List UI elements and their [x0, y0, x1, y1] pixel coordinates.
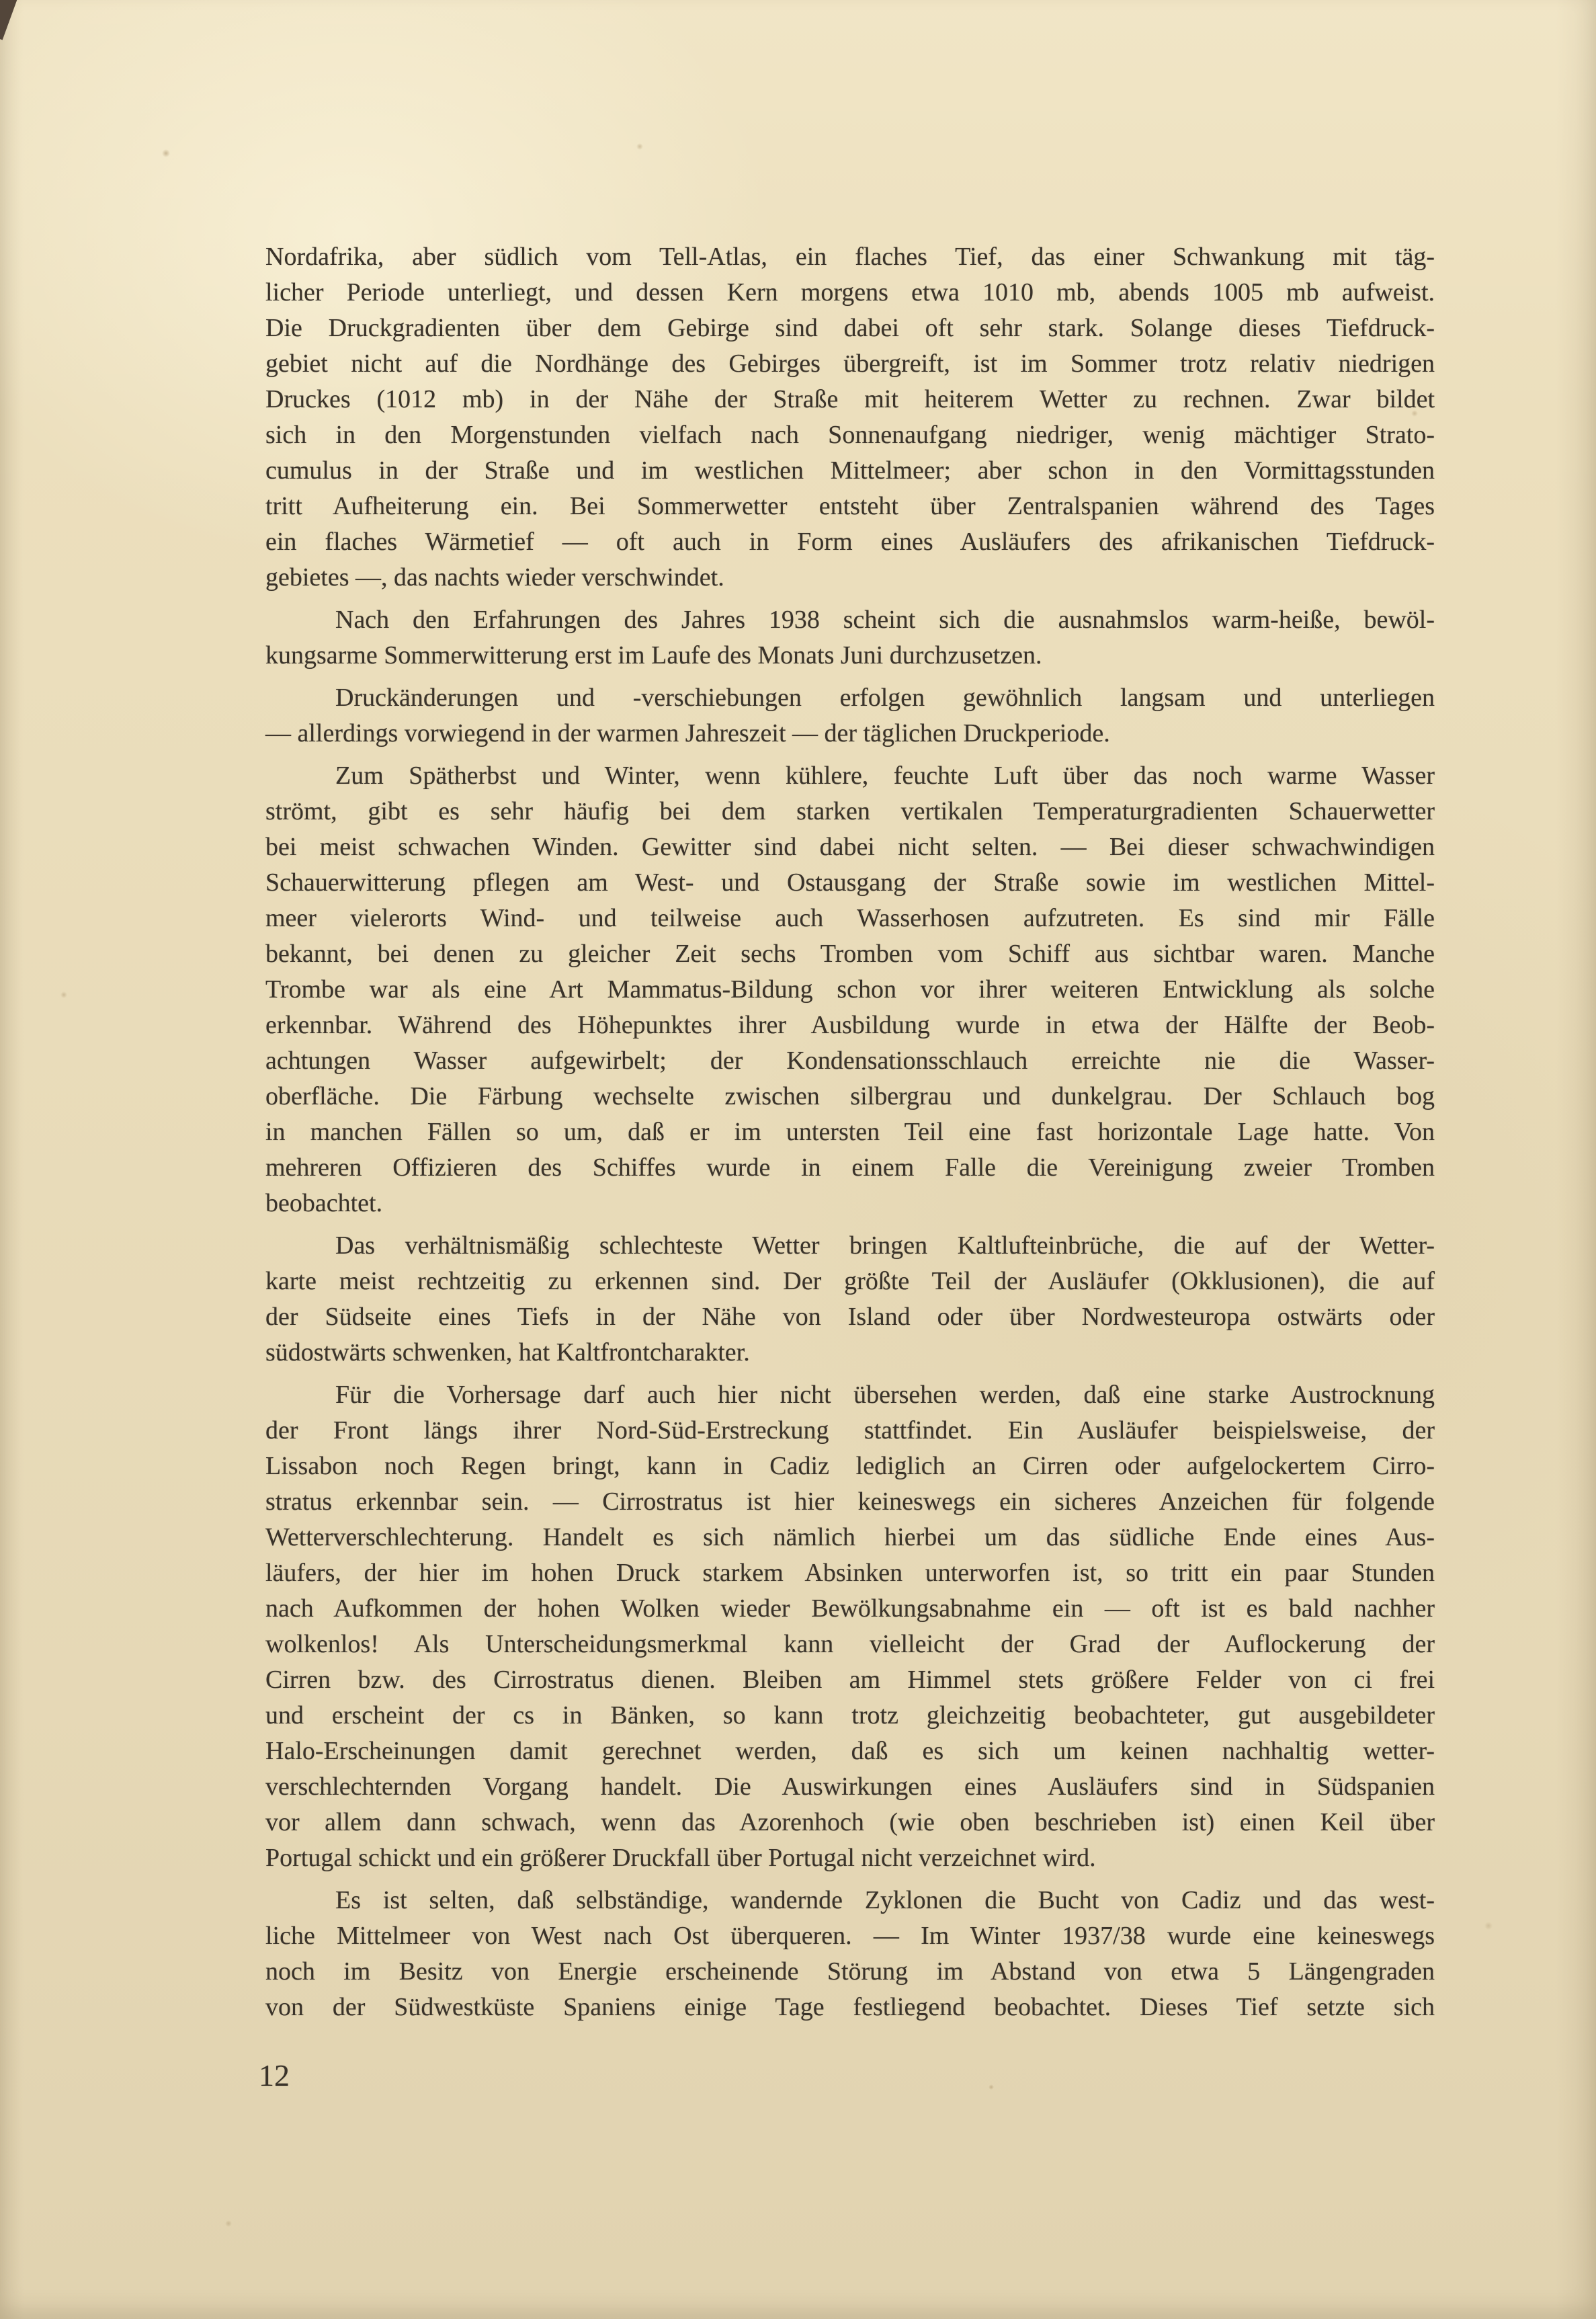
text-line: der Südseite eines Tiefs in der Nähe von… [265, 1299, 1435, 1335]
text-line: Halo-Erscheinungen damit gerechnet werde… [265, 1734, 1435, 1769]
text-line: in manchen Fällen so um, daß er im unter… [265, 1114, 1435, 1150]
text-line: Nach den Erfahrungen des Jahres 1938 sch… [265, 602, 1435, 638]
paragraph: Nordafrika, aber südlich vom Tell-Atlas,… [265, 239, 1435, 596]
text-line: meer vielerorts Wind- und teilweise auch… [265, 901, 1435, 936]
text-line: Druckänderungen und -verschiebungen erfo… [265, 680, 1435, 716]
text-line: Die Druckgradienten über dem Gebirge sin… [265, 311, 1435, 346]
text-line: — allerdings vorwiegend in der warmen Ja… [265, 716, 1435, 751]
text-line: erkennbar. Während des Höhepunktes ihrer… [265, 1008, 1435, 1043]
scan-corner-artifact [0, 0, 20, 40]
text-line: vor allem dann schwach, wenn das Azorenh… [265, 1805, 1435, 1840]
text-line: beobachtet. [265, 1186, 1435, 1221]
text-line: karte meist rechtzeitig zu erkennen sind… [265, 1264, 1435, 1299]
text-line: oberfläche. Die Färbung wechselte zwisch… [265, 1079, 1435, 1114]
scanned-book-page: Nordafrika, aber südlich vom Tell-Atlas,… [0, 0, 1596, 2319]
text-line: Für die Vorhersage darf auch hier nicht … [265, 1377, 1435, 1413]
text-line: stratus erkennbar sein. — Cirrostratus i… [265, 1484, 1435, 1520]
text-line: Wetterverschlechterung. Handelt es sich … [265, 1520, 1435, 1555]
text-line: licher Periode unterliegt, und dessen Ke… [265, 275, 1435, 311]
paragraph: Es ist selten, daß selbständige, wandern… [265, 1883, 1435, 2025]
text-line: wolkenlos! Als Unterscheidungsmerkmal ka… [265, 1627, 1435, 1662]
text-line: sich in den Morgenstunden vielfach nach … [265, 417, 1435, 453]
page-number: 12 [259, 2058, 290, 2093]
text-line: cumulus in der Straße und im westlichen … [265, 453, 1435, 489]
paragraph: Nach den Erfahrungen des Jahres 1938 sch… [265, 602, 1435, 674]
text-line: Portugal schickt und ein größerer Druckf… [265, 1840, 1435, 1876]
text-line: Druckes (1012 mb) in der Nähe der Straße… [265, 382, 1435, 417]
text-line: Zum Spätherbst und Winter, wenn kühlere,… [265, 758, 1435, 794]
text-line: verschlechternden Vorgang handelt. Die A… [265, 1769, 1435, 1805]
text-line: strömt, gibt es sehr häufig bei dem star… [265, 794, 1435, 829]
text-line: Es ist selten, daß selbständige, wandern… [265, 1883, 1435, 1918]
paragraph: Für die Vorhersage darf auch hier nicht … [265, 1377, 1435, 1876]
text-line: Nordafrika, aber südlich vom Tell-Atlas,… [265, 239, 1435, 275]
text-line: tritt Aufheiterung ein. Bei Sommerwetter… [265, 489, 1435, 524]
text-line: ein flaches Wärmetief — oft auch in Form… [265, 524, 1435, 560]
text-line: Trombe war als eine Art Mammatus-Bildung… [265, 972, 1435, 1008]
paragraph: Das verhältnismäßig schlechteste Wetter … [265, 1228, 1435, 1371]
text-line: Lissabon noch Regen bringt, kann in Cadi… [265, 1449, 1435, 1484]
text-line: achtungen Wasser aufgewirbelt; der Konde… [265, 1043, 1435, 1079]
text-line: liche Mittelmeer von West nach Ost überq… [265, 1918, 1435, 1954]
text-line: gebiet nicht auf die Nordhänge des Gebir… [265, 346, 1435, 382]
text-line: gebietes —, das nachts wieder verschwind… [265, 560, 1435, 596]
text-line: von der Südwestküste Spaniens einige Tag… [265, 1990, 1435, 2025]
text-line: bekannt, bei denen zu gleicher Zeit sech… [265, 936, 1435, 972]
text-line: der Front längs ihrer Nord-Süd-Erstrecku… [265, 1413, 1435, 1449]
text-line: und erscheint der cs in Bänken, so kann … [265, 1698, 1435, 1734]
text-line: Cirren bzw. des Cirrostratus dienen. Ble… [265, 1662, 1435, 1698]
text-line: kungsarme Sommerwitterung erst im Laufe … [265, 638, 1435, 674]
text-line: südostwärts schwenken, hat Kaltfrontchar… [265, 1335, 1435, 1371]
text-line: nach Aufkommen der hohen Wolken wieder B… [265, 1591, 1435, 1627]
text-block: Nordafrika, aber südlich vom Tell-Atlas,… [265, 239, 1435, 2025]
text-line: Das verhältnismäßig schlechteste Wetter … [265, 1228, 1435, 1264]
text-line: Schauerwitterung pflegen am West- und Os… [265, 865, 1435, 901]
paragraph: Zum Spätherbst und Winter, wenn kühlere,… [265, 758, 1435, 1221]
paragraph: Druckänderungen und -verschiebungen erfo… [265, 680, 1435, 751]
text-line: noch im Besitz von Energie erscheinende … [265, 1954, 1435, 1990]
text-line: läufers, der hier im hohen Druck starkem… [265, 1555, 1435, 1591]
text-line: bei meist schwachen Winden. Gewitter sin… [265, 829, 1435, 865]
text-line: mehreren Offizieren des Schiffes wurde i… [265, 1150, 1435, 1186]
